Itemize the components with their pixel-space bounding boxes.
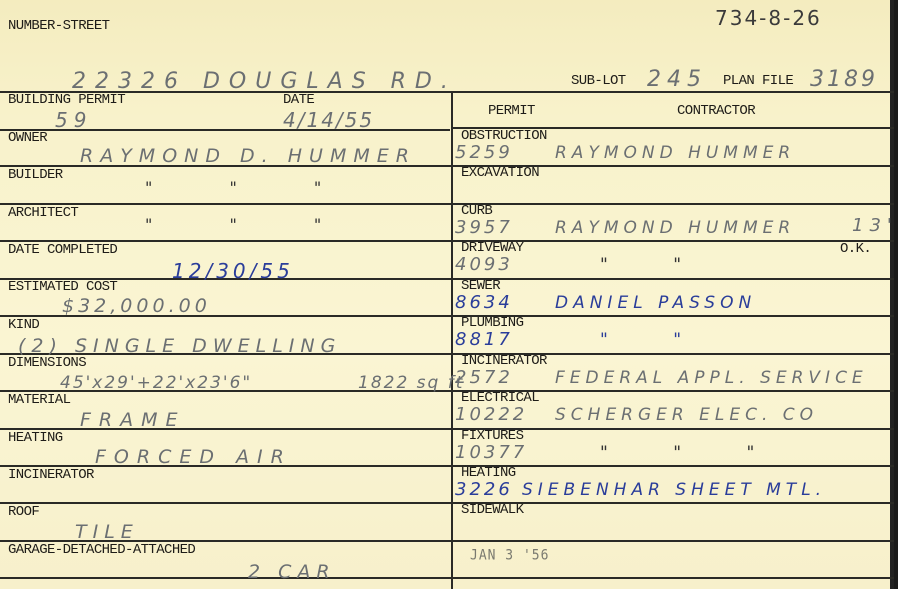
builder-value: " " " xyxy=(145,176,357,200)
permit-number: 10377 xyxy=(455,441,527,465)
incinerator-label: INCINERATOR xyxy=(8,468,94,482)
architect-label: ARCHITECT xyxy=(8,206,78,220)
contractor-name: " " xyxy=(600,328,711,352)
permit-row-label: SIDEWALK xyxy=(461,503,523,517)
permit-number: 3226 xyxy=(455,478,513,502)
contractor-name: FEDERAL APPL. SERVICE xyxy=(555,366,868,390)
plan-file-value: 3189 xyxy=(810,68,878,92)
date-value: 4/14/55 xyxy=(283,108,374,132)
contractor-name: SIEBENHAR SHEET MTL. xyxy=(522,478,826,502)
building-record-card: NUMBER-STREET 734-8-26 22326 DOUGLAS RD.… xyxy=(0,0,894,589)
contractor-name: RAYMOND HUMMER xyxy=(555,216,795,240)
date-completed-value: 12/30/55 xyxy=(172,259,294,283)
dimensions-area: 1822 sq ft xyxy=(358,371,464,395)
dimensions-label: DIMENSIONS xyxy=(8,356,86,370)
plan-file-label: PLAN FILE xyxy=(723,74,793,88)
card-edge xyxy=(890,0,894,589)
garage-value: 2 CAR xyxy=(248,560,336,584)
sublot-value: 245 xyxy=(647,68,707,92)
architect-value: " " " xyxy=(145,213,357,237)
contractor-name: " " xyxy=(600,253,711,277)
garage-label: GARAGE-DETACHED-ATTACHED xyxy=(8,543,195,557)
permit-number: 4093 xyxy=(455,253,513,277)
permit-number: 5259 xyxy=(455,141,513,165)
permit-number: 10222 xyxy=(455,403,527,427)
contractor-name: RAYMOND HUMMER xyxy=(555,141,795,165)
permit-number: 2572 xyxy=(455,366,513,390)
builder-label: BUILDER xyxy=(8,168,63,182)
heating-value: FORCED AIR xyxy=(95,445,292,469)
material-label: MATERIAL xyxy=(8,393,70,407)
estimated-cost-value: $32,000.00 xyxy=(62,294,211,318)
permit-number: 8634 xyxy=(455,291,513,315)
building-permit-value: 59 xyxy=(55,108,92,132)
permit-number: 3957 xyxy=(455,216,513,240)
owner-value: RAYMOND D. HUMMER xyxy=(80,144,416,168)
card-number: 734-8-26 xyxy=(715,6,822,30)
row-note: O.K. xyxy=(840,242,871,256)
contractor-header: CONTRACTOR xyxy=(677,104,755,118)
contractor-name: SCHERGER ELEC. CO xyxy=(555,403,818,427)
roof-label: ROOF xyxy=(8,505,39,519)
estimated-cost-label: ESTIMATED COST xyxy=(8,280,117,294)
contractor-name: " " " xyxy=(600,441,784,465)
row-note: 13' xyxy=(852,214,894,238)
roof-value: TILE xyxy=(75,520,139,544)
permit-row-label: EXCAVATION xyxy=(461,166,539,180)
permit-number: 8817 xyxy=(455,328,513,352)
number-street-label: NUMBER-STREET xyxy=(8,19,109,33)
building-permit-label: BUILDING PERMIT xyxy=(8,93,125,107)
contractor-name: DANIEL PASSON xyxy=(555,291,756,315)
heating-label: HEATING xyxy=(8,431,63,445)
material-value: FRAME xyxy=(80,408,186,432)
kind-label: KIND xyxy=(8,318,39,332)
dimensions-value: 45'x29'+22'x23'6" xyxy=(60,371,252,395)
permit-header: PERMIT xyxy=(488,104,535,118)
date-stamp: JAN 3 '56 xyxy=(470,547,549,564)
sublot-label: SUB-LOT xyxy=(571,74,626,88)
date-label: DATE xyxy=(283,93,314,107)
owner-label: OWNER xyxy=(8,131,47,145)
date-completed-label: DATE COMPLETED xyxy=(8,243,117,257)
